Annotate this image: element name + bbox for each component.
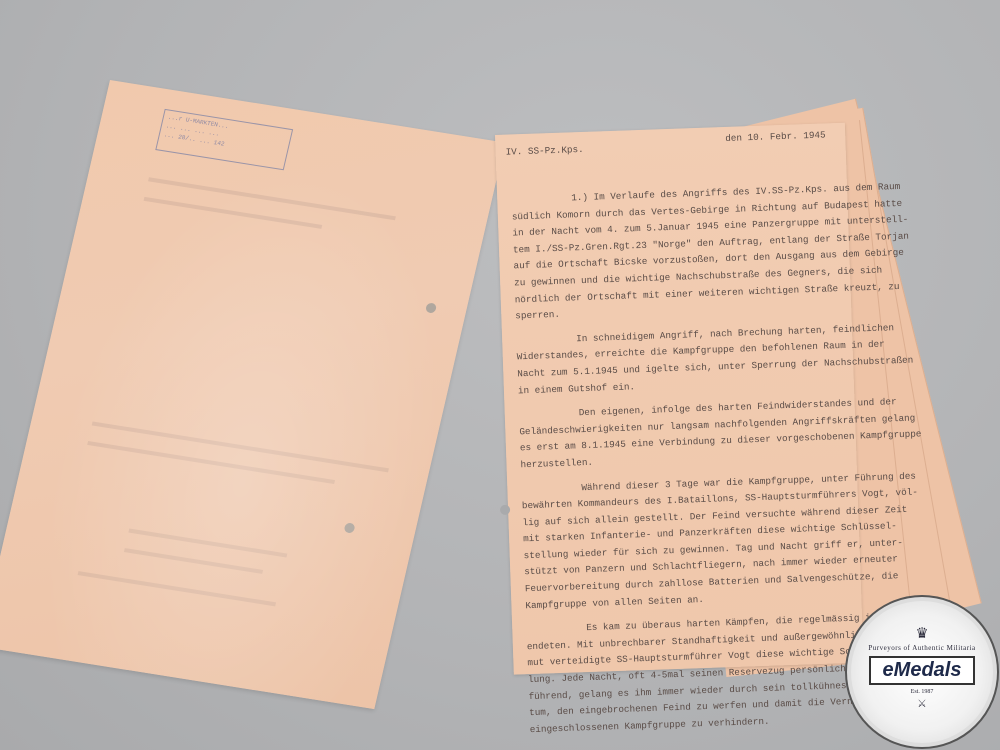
punch-hole bbox=[425, 302, 437, 313]
paragraph: Den eigenen, infolge des harten Feindwid… bbox=[519, 396, 851, 474]
crossed-swords-icon: ⚔ bbox=[918, 695, 926, 712]
bleed-through-text bbox=[124, 548, 263, 574]
emedals-watermark-logo: ♛ Purveyors of Authentic Militaria eMeda… bbox=[845, 595, 999, 749]
ink-stamp: ...r U-MARKTEN... ... ... ... ... ... 28… bbox=[155, 109, 293, 170]
punch-hole bbox=[500, 505, 510, 515]
document-body: 1.) Im Verlaufe des Angriffs des IV.SS-P… bbox=[511, 181, 860, 747]
punch-hole bbox=[343, 522, 355, 533]
right-page: IV. SS-Pz.Kps. den 10. Febr. 1945 1.) Im… bbox=[495, 123, 864, 675]
logo-arc-text: Purveyors of Authentic Militaria bbox=[868, 644, 975, 652]
unit-header: IV. SS-Pz.Kps. bbox=[505, 142, 584, 161]
paragraph: Während dieser 3 Tage war die Kampfgrupp… bbox=[521, 470, 855, 614]
bleed-through-text bbox=[148, 177, 396, 220]
stamp-line: ...r U-MARKTEN... bbox=[167, 113, 288, 141]
crown-icon: ♛ bbox=[917, 622, 928, 644]
stamp-line: ... 28/.. ... 142 bbox=[163, 130, 284, 158]
paragraph: Es kam zu überaus harten Kämpfen, die re… bbox=[526, 611, 860, 739]
bleed-through-text bbox=[144, 197, 323, 229]
bleed-through-text bbox=[78, 571, 276, 606]
bleed-through-text bbox=[87, 441, 335, 484]
logo-brand: eMedals bbox=[869, 656, 976, 685]
stamp-line: ... ... ... ... bbox=[165, 121, 286, 149]
bleed-through-text bbox=[128, 529, 287, 558]
paragraph: 1.) Im Verlaufe des Angriffs des IV.SS-P… bbox=[511, 181, 845, 325]
paragraph: In schneidigem Angriff, nach Brechung ha… bbox=[516, 322, 848, 400]
document-date: den 10. Febr. 1945 bbox=[725, 127, 826, 147]
bleed-through-text bbox=[92, 421, 389, 472]
